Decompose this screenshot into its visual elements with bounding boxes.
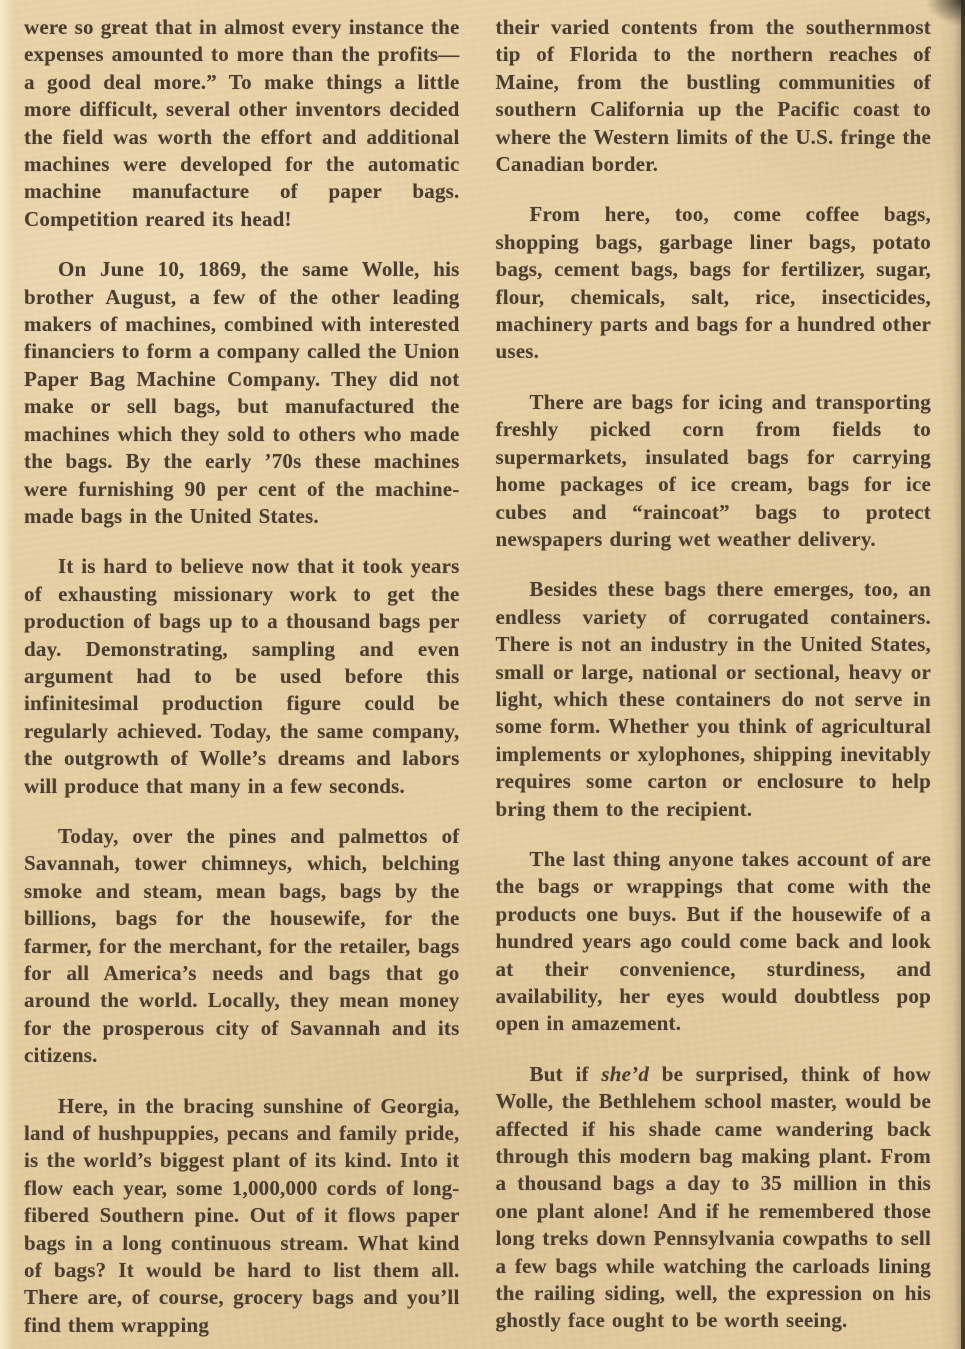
paragraph-text: There are bags for icing and transportin… — [496, 390, 932, 551]
body-paragraph: From here, too, come coffee bags, shoppi… — [496, 201, 932, 365]
paragraph-text: their varied contents from the southernm… — [496, 15, 932, 176]
body-paragraph: On June 10, 1869, the same Wolle, his br… — [24, 256, 460, 530]
page-right-edge-line — [961, 0, 965, 1349]
body-paragraph: Here, in the bracing sunshine of Georgia… — [24, 1093, 460, 1340]
paragraph-text: But if — [530, 1062, 602, 1086]
italic-text: she’d — [601, 1062, 649, 1086]
body-paragraph: But if she’d be surprised, think of how … — [496, 1061, 932, 1335]
paragraph-text: It is hard to believe now that it took y… — [24, 554, 460, 797]
body-paragraph: their varied contents from the southernm… — [496, 14, 932, 178]
scanned-book-page: were so great that in almost every insta… — [0, 0, 965, 1349]
paragraph-text: Today, over the pines and palmettos of S… — [24, 824, 460, 1067]
paragraph-text: On June 10, 1869, the same Wolle, his br… — [24, 257, 460, 528]
body-paragraph: Besides these bags there emerges, too, a… — [496, 576, 932, 823]
top-right-corner-shadow — [925, 0, 965, 26]
body-paragraph: It is hard to believe now that it took y… — [24, 553, 460, 800]
paragraph-text: From here, too, come coffee bags, shoppi… — [496, 202, 932, 363]
paragraph-text: Besides these bags there emerges, too, a… — [496, 577, 932, 820]
paragraph-text: be surprised, think of how Wolle, the Be… — [496, 1062, 932, 1333]
paragraph-text: Here, in the bracing sunshine of Georgia… — [24, 1094, 460, 1337]
two-column-text-layout: were so great that in almost every insta… — [0, 0, 965, 1349]
paragraph-text: The last thing anyone takes account of a… — [496, 847, 932, 1035]
body-paragraph: were so great that in almost every insta… — [24, 14, 460, 233]
body-paragraph: Today, over the pines and palmettos of S… — [24, 823, 460, 1070]
body-paragraph: The last thing anyone takes account of a… — [496, 846, 932, 1038]
left-text-column: were so great that in almost every insta… — [24, 14, 460, 1349]
page-left-edge-highlight — [0, 0, 14, 1349]
right-text-column: their varied contents from the southernm… — [496, 14, 932, 1349]
paragraph-text: were so great that in almost every insta… — [24, 15, 460, 231]
body-paragraph: There are bags for icing and transportin… — [496, 389, 932, 553]
